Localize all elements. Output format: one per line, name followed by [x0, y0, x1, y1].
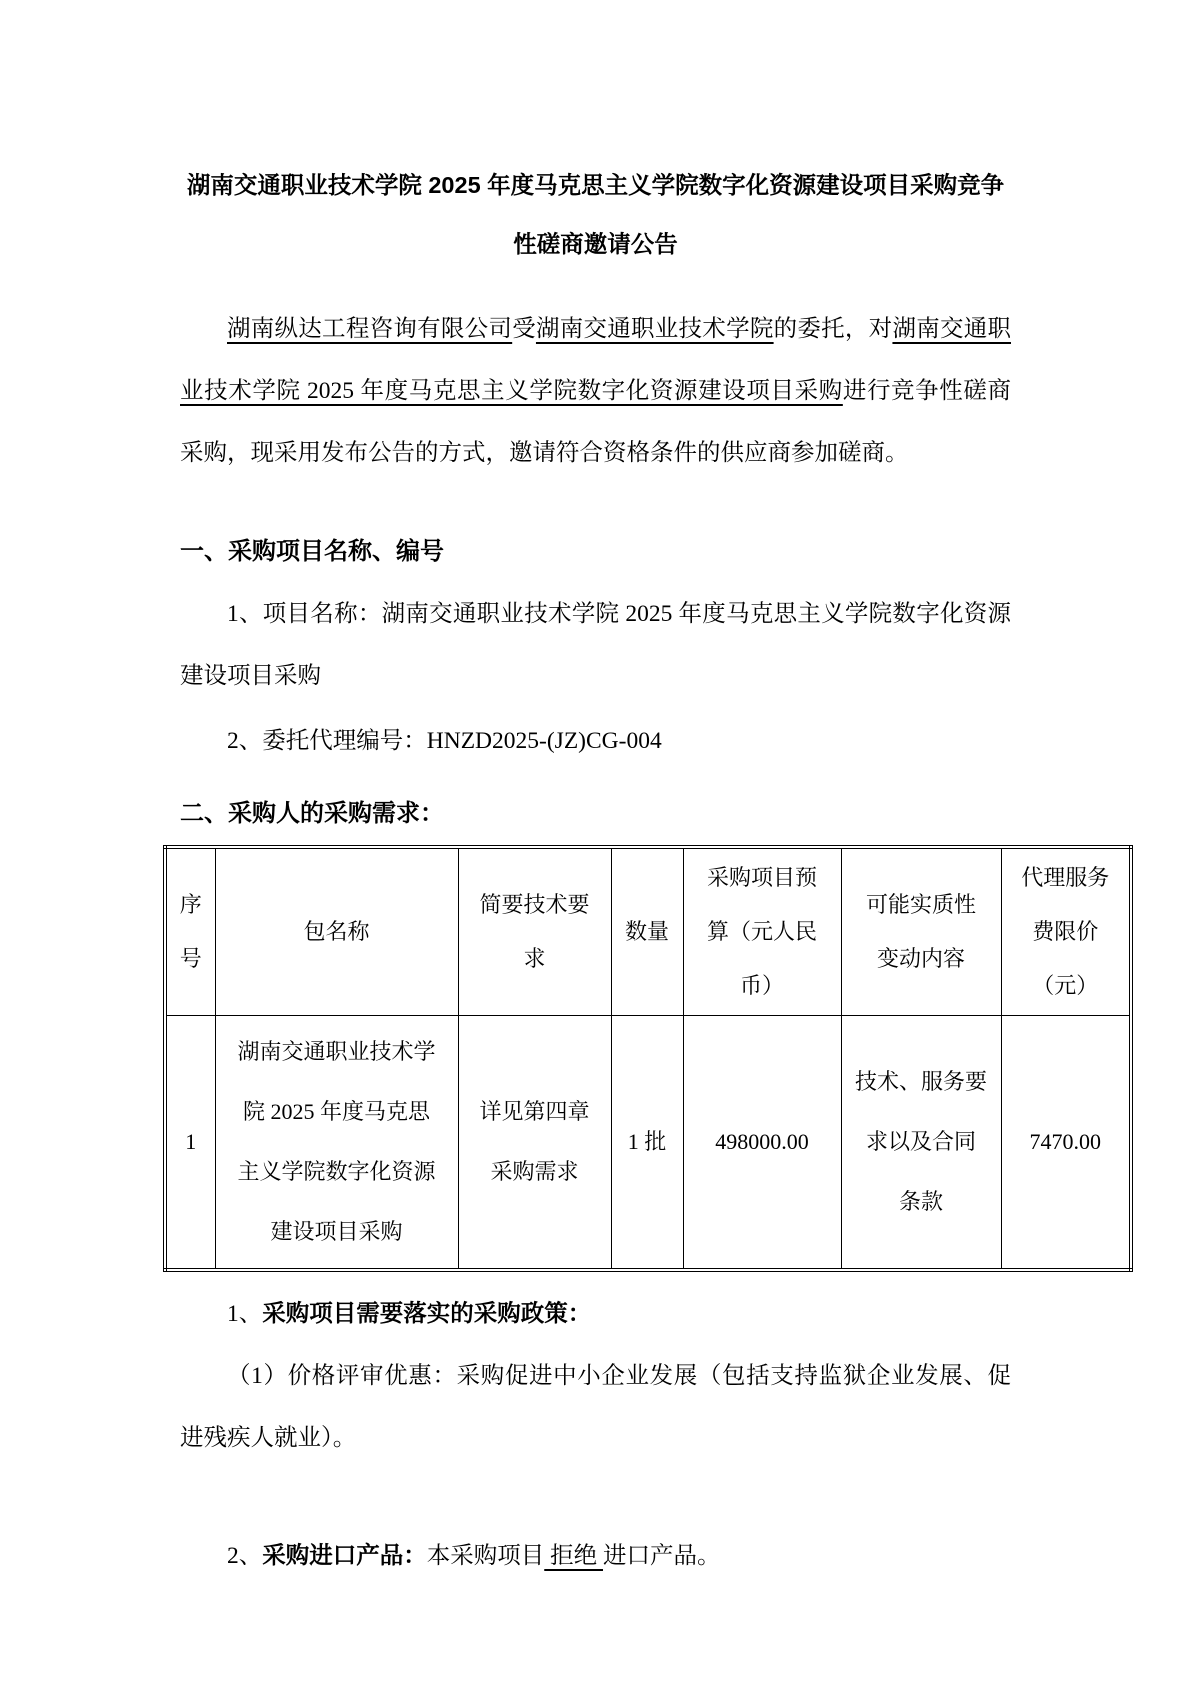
text-segment: 进残疾人就业）。 [180, 1425, 356, 1451]
text-line: 1、采购项目需要落实的采购政策： [180, 1282, 1011, 1345]
text-segment: （1）价格评审优惠：采购促进中小企业发展（包括支持监狱企业发展、促 [227, 1363, 1011, 1389]
table-cell: 湖南交通职业技术学 院 2025 年度马克思 主义学院数字化资源 建设项目采购 [215, 1016, 458, 1271]
table-row: 1湖南交通职业技术学 院 2025 年度马克思 主义学院数字化资源 建设项目采购… [165, 1016, 1131, 1271]
project-name-item: 1、项目名称：湖南交通职业技术学院 2025 年度马克思主义学院数字化资源建设项… [180, 583, 1011, 707]
text-segment: 业技术学院 2025 年度马克思主义学院数字化资源建设项目采购 [180, 378, 843, 404]
text-line: 湖南纵达工程咨询有限公司受湖南交通职业技术学院的委托，对湖南交通职 [180, 298, 1011, 360]
table-cell: 详见第四章 采购需求 [458, 1016, 611, 1271]
text-segment: 1、 [227, 1301, 262, 1327]
document-page: 湖南交通职业技术学院 2025 年度马克思主义学院数字化资源建设项目采购竞争性磋… [0, 0, 1191, 1684]
text-line: 2、委托代理编号：HNZD2025-(JZ)CG-004 [180, 710, 1011, 772]
text-segment: 湖南交通职 [892, 316, 1011, 342]
text-segment: 性磋商邀请公告 [513, 231, 678, 257]
text-line: （1）价格评审优惠：采购促进中小企业发展（包括支持监狱企业发展、促 [180, 1345, 1011, 1407]
text-segment: 建设项目采购 [180, 663, 321, 689]
price-policy-paragraph: （1）价格评审优惠：采购促进中小企业发展（包括支持监狱企业发展、促进残疾人就业）… [180, 1345, 1011, 1469]
header-cell: 包名称 [215, 847, 458, 1016]
text-segment: 采购项目需要落实的采购政策： [262, 1300, 591, 1326]
text-segment: 采购进口产品： [262, 1542, 427, 1568]
table-header-row: 序 号包名称简要技术要 求数量采购项目预 算（元人民 币）可能实质性 变动内容代… [165, 847, 1131, 1016]
import-products-paragraph: 2、采购进口产品：本采购项目 拒绝 进口产品。 [180, 1524, 1011, 1587]
text-line: 业技术学院 2025 年度马克思主义学院数字化资源建设项目采购进行竞争性磋商 [180, 360, 1011, 422]
section-2-heading: 二、采购人的采购需求： [180, 783, 1011, 845]
text-segment: 进口产品。 [603, 1543, 721, 1569]
header-cell: 序 号 [165, 847, 215, 1016]
text-line: 进残疾人就业）。 [180, 1407, 1011, 1469]
text-segment: 的委托，对 [774, 316, 893, 342]
section-1-heading: 一、采购项目名称、编号 [180, 521, 1011, 583]
text-segment: 2、 [227, 1543, 262, 1569]
agency-number-item: 2、委托代理编号：HNZD2025-(JZ)CG-004 [180, 710, 1011, 772]
text-line: 性磋商邀请公告 [180, 215, 1011, 274]
text-segment: 2、委托代理编号：HNZD2025-(JZ)CG-004 [227, 728, 662, 754]
text-segment: 拒绝 [544, 1543, 603, 1569]
text-segment: 本采购项目 [427, 1543, 545, 1569]
policy-heading: 1、采购项目需要落实的采购政策： [180, 1282, 1011, 1345]
text-segment: 受 [512, 316, 536, 342]
header-cell: 代理服务 费限价 （元） [1001, 847, 1131, 1016]
table-cell: 498000.00 [683, 1016, 841, 1271]
intro-paragraph: 湖南纵达工程咨询有限公司受湖南交通职业技术学院的委托，对湖南交通职业技术学院 2… [180, 298, 1011, 484]
table-cell: 7470.00 [1001, 1016, 1131, 1271]
table-cell: 技术、服务要 求以及合同 条款 [841, 1016, 1001, 1271]
text-line: 建设项目采购 [180, 645, 1011, 707]
header-cell: 简要技术要 求 [458, 847, 611, 1016]
table-cell: 1 [165, 1016, 215, 1271]
text-segment: 1、项目名称：湖南交通职业技术学院 2025 年度马克思主义学院数字化资源 [227, 601, 1011, 627]
table-cell: 1 批 [611, 1016, 683, 1271]
text-line: 湖南交通职业技术学院 2025 年度马克思主义学院数字化资源建设项目采购竞争 [180, 156, 1011, 215]
text-segment: 湖南交通职业技术学院 2025 年度马克思主义学院数字化资源建设项目采购竞争 [187, 172, 1004, 198]
header-cell: 采购项目预 算（元人民 币） [683, 847, 841, 1016]
document-title: 湖南交通职业技术学院 2025 年度马克思主义学院数字化资源建设项目采购竞争性磋… [180, 156, 1011, 274]
text-segment: 采购，现采用发布公告的方式，邀请符合资格条件的供应商参加磋商。 [180, 440, 909, 466]
text-line: 采购，现采用发布公告的方式，邀请符合资格条件的供应商参加磋商。 [180, 422, 1011, 484]
text-segment: 进行竞争性磋商 [843, 378, 1011, 404]
header-cell: 数量 [611, 847, 683, 1016]
text-segment: 湖南纵达工程咨询有限公司 [227, 316, 512, 342]
text-line: 2、采购进口产品：本采购项目 拒绝 进口产品。 [180, 1524, 1011, 1587]
header-cell: 可能实质性 变动内容 [841, 847, 1001, 1016]
text-segment: 湖南交通职业技术学院 [536, 316, 774, 342]
text-line: 1、项目名称：湖南交通职业技术学院 2025 年度马克思主义学院数字化资源 [180, 583, 1011, 645]
requirements-table: 序 号包名称简要技术要 求数量采购项目预 算（元人民 币）可能实质性 变动内容代… [163, 845, 1133, 1272]
